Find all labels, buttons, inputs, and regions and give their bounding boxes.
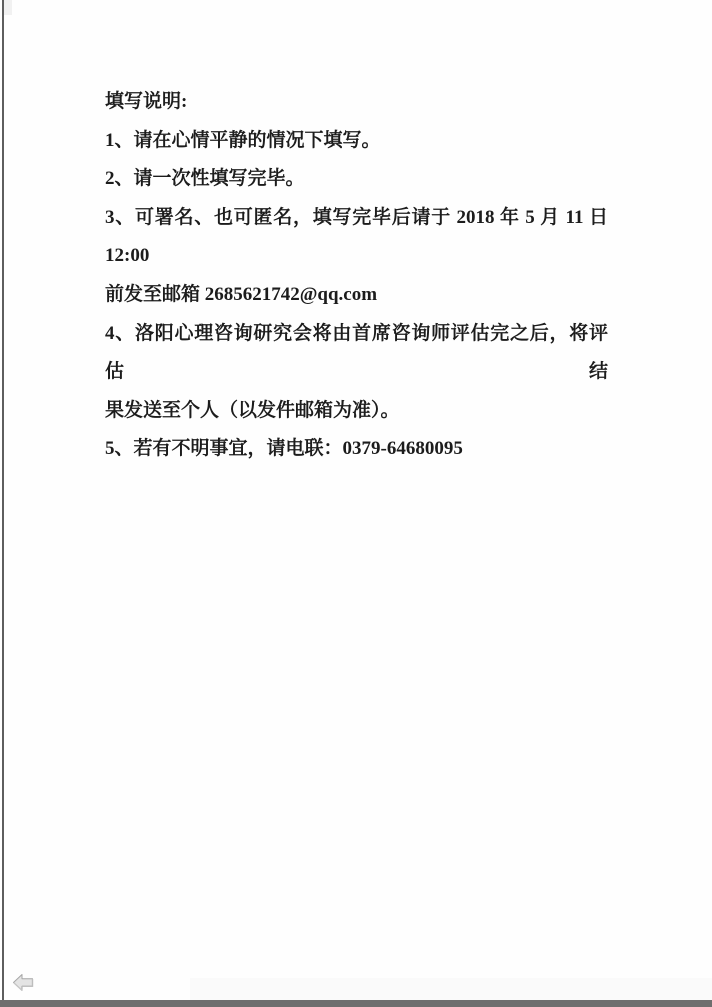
instruction-line-4: 4、洛阳心理咨询研究会将由首席咨询师评估完之后，将评估结 [105,315,608,392]
instruction-line-3: 3、可署名、也可匿名，填写完毕后请于 2018 年 5 月 11 日 12:00 [105,199,608,276]
page-bottom-shade [190,978,712,1000]
instruction-line-5-phone: 5、若有不明事宜，请电联：0379-64680095 [105,430,608,469]
page-bottom-edge [0,1000,712,1007]
page-corner-artifact [4,0,12,15]
page-left-edge [2,0,4,1007]
instruction-line-1: 1、请在心情平静的情况下填写。 [105,122,608,161]
instruction-line-4-continued: 果发送至个人（以发件邮箱为准）。 [105,392,608,431]
instruction-line-2: 2、请一次性填写完毕。 [105,160,608,199]
section-heading: 填写说明: [105,83,608,122]
back-button[interactable] [12,972,36,994]
instruction-line-3-continued-email: 前发至邮箱 2685621742@qq.com [105,276,608,315]
document-page: 填写说明: 1、请在心情平静的情况下填写。 2、请一次性填写完毕。 3、可署名、… [0,0,712,1007]
back-arrow-icon [12,973,36,993]
instructions-section: 填写说明: 1、请在心情平静的情况下填写。 2、请一次性填写完毕。 3、可署名、… [105,83,608,469]
